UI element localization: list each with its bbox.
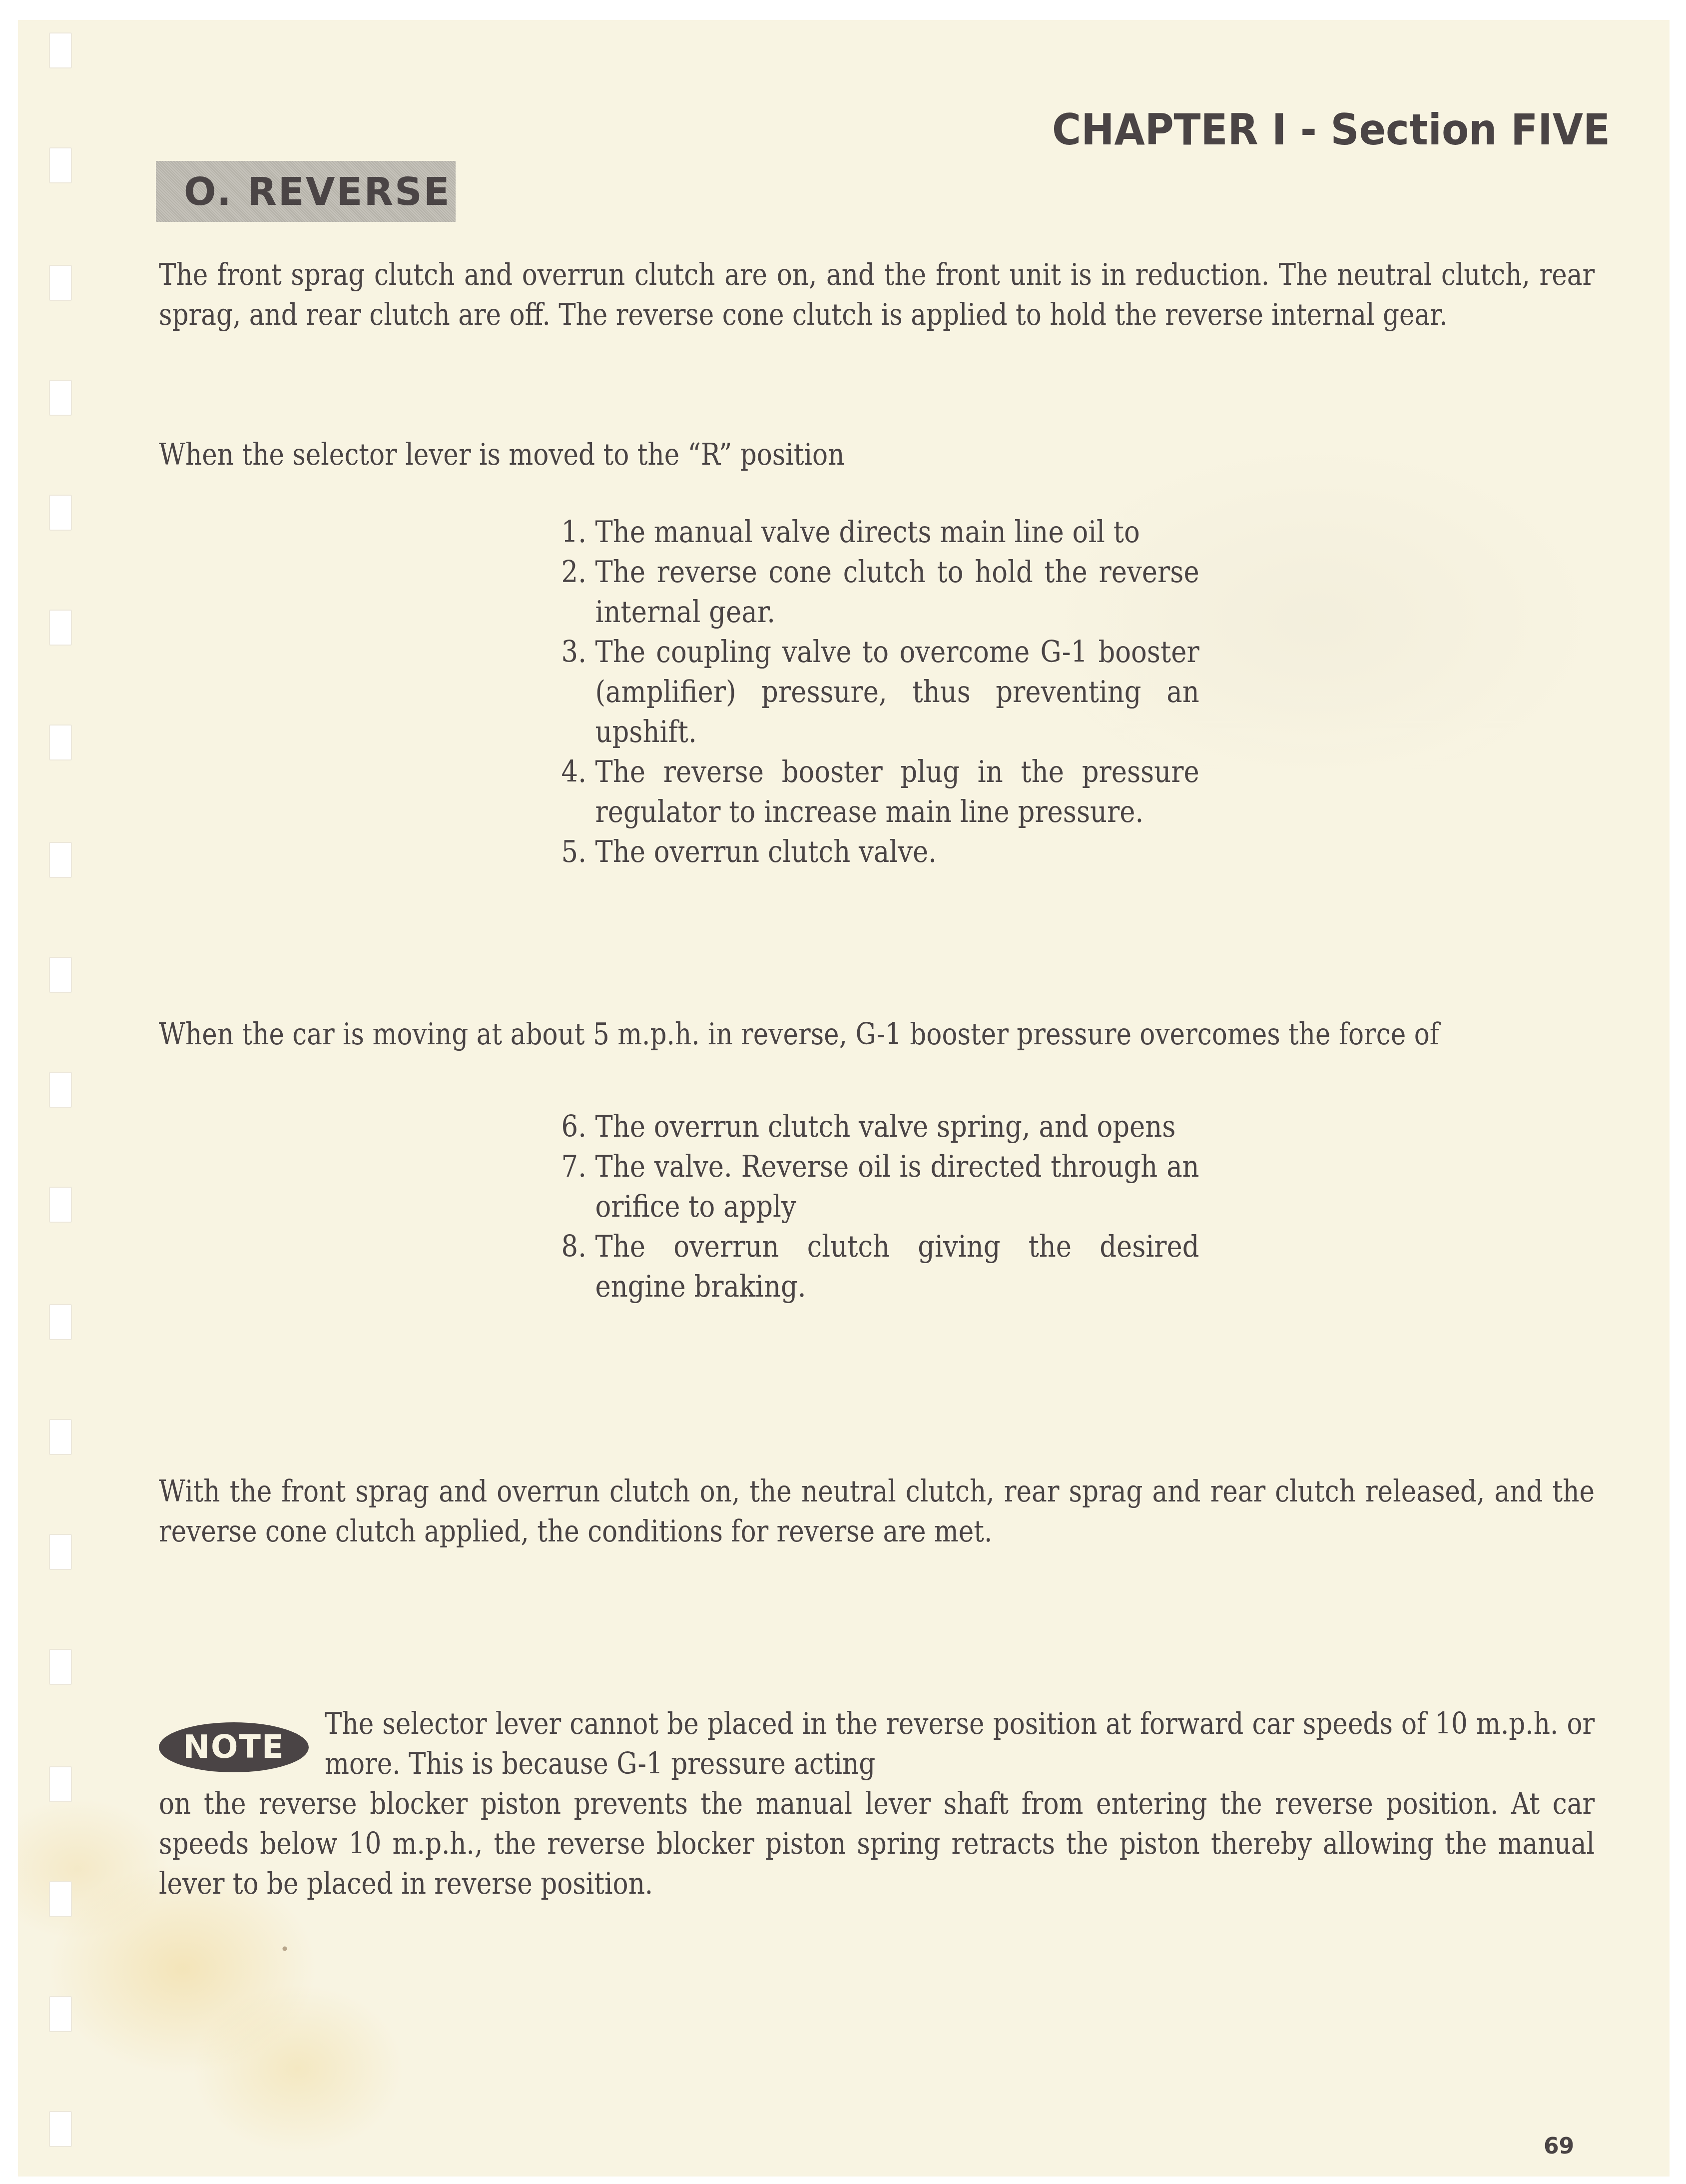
list-item: 4.The reverse booster plug in the pressu… xyxy=(550,752,1199,832)
punch-hole xyxy=(49,1649,72,1685)
list-item: 7.The valve. Reverse oil is directed thr… xyxy=(550,1147,1199,1227)
list-item-number: 2. xyxy=(550,552,595,592)
list-item-text: The reverse cone clutch to hold the reve… xyxy=(595,552,1199,632)
list-item-number: 8. xyxy=(550,1227,595,1267)
punch-hole xyxy=(49,265,72,301)
punch-hole xyxy=(49,2111,72,2147)
list-item: 2.The reverse cone clutch to hold the re… xyxy=(550,552,1199,632)
note-rest-text: on the reverse blocker piston prevents t… xyxy=(159,1784,1595,1904)
summary-paragraph-text: With the front sprag and overrun clutch … xyxy=(159,1471,1595,1551)
chapter-title: CHAPTER I - Section FIVE xyxy=(1052,105,1610,155)
list-item-number: 7. xyxy=(550,1147,595,1187)
list-item: 3.The coupling valve to overcome G-1 boo… xyxy=(550,632,1199,752)
overrun-steps-list-inner: 6.The overrun clutch valve spring, and o… xyxy=(550,1107,1199,1307)
note-first-lines-text: The selector lever cannot be placed in t… xyxy=(325,1704,1595,1784)
note-badge-label: NOTE xyxy=(183,1729,284,1766)
overrun-steps-list: 6.The overrun clutch valve spring, and o… xyxy=(550,1107,1199,1307)
punch-hole xyxy=(49,1304,72,1340)
summary-paragraph: With the front sprag and overrun clutch … xyxy=(159,1471,1394,1551)
punch-hole xyxy=(49,1187,72,1223)
punch-hole xyxy=(49,1072,72,1108)
punch-hole xyxy=(49,147,72,183)
list-item: 6.The overrun clutch valve spring, and o… xyxy=(550,1107,1199,1147)
punch-hole xyxy=(49,1881,72,1917)
page-number: 69 xyxy=(1544,2134,1574,2159)
list-item-number: 3. xyxy=(550,632,595,672)
list-item: 5.The overrun clutch valve. xyxy=(550,832,1199,872)
punch-hole xyxy=(49,32,72,68)
list-item-text: The overrun clutch valve spring, and ope… xyxy=(595,1107,1199,1147)
intro-paragraph-text: The front sprag clutch and overrun clutc… xyxy=(159,255,1595,335)
moving-lead-text: When the car is moving at about 5 m.p.h.… xyxy=(159,1014,1595,1054)
punch-hole xyxy=(49,1766,72,1802)
note-sentence-2-start: This is because G-1 pressure acting xyxy=(409,1746,875,1781)
list-item-text: The manual valve directs main line oil t… xyxy=(595,512,1199,552)
punch-hole xyxy=(49,842,72,878)
section-heading-text: O. REVERSE xyxy=(184,169,451,214)
note-badge-icon: NOTE xyxy=(159,1722,309,1772)
punch-hole xyxy=(49,380,72,416)
list-item-text: The overrun clutch giving the desired en… xyxy=(595,1227,1199,1307)
list-item-number: 6. xyxy=(550,1107,595,1147)
moving-lead-paragraph: When the car is moving at about 5 m.p.h.… xyxy=(159,1014,1394,1054)
selector-steps-list: 1.The manual valve directs main line oil… xyxy=(550,512,1199,872)
punch-hole xyxy=(49,610,72,646)
selector-lead-text: When the selector lever is moved to the … xyxy=(159,435,1595,475)
punch-hole xyxy=(49,725,72,760)
punch-hole xyxy=(49,1419,72,1455)
punch-hole xyxy=(49,957,72,993)
selector-steps-list-inner: 1.The manual valve directs main line oil… xyxy=(550,512,1199,872)
list-item-number: 5. xyxy=(550,832,595,872)
intro-paragraph: The front sprag clutch and overrun clutc… xyxy=(159,255,1394,335)
list-item-number: 4. xyxy=(550,752,595,792)
list-item: 8.The overrun clutch giving the desired … xyxy=(550,1227,1199,1307)
list-item-text: The valve. Reverse oil is directed throu… xyxy=(595,1147,1199,1227)
selector-lead-paragraph: When the selector lever is moved to the … xyxy=(159,435,1394,475)
list-item-text: The overrun clutch valve. xyxy=(595,832,1199,872)
list-item-text: The reverse booster plug in the pressure… xyxy=(595,752,1199,832)
paper-stain xyxy=(275,1939,295,1959)
note-first-lines: The selector lever cannot be placed in t… xyxy=(325,1704,1417,1784)
list-item-number: 1. xyxy=(550,512,595,552)
punch-hole xyxy=(49,1534,72,1570)
list-item: 1.The manual valve directs main line oil… xyxy=(550,512,1199,552)
list-item-text: The coupling valve to overcome G-1 boost… xyxy=(595,632,1199,752)
punch-hole xyxy=(49,495,72,531)
punch-hole xyxy=(49,1996,72,2032)
section-heading: O. REVERSE xyxy=(156,161,456,222)
note-rest: on the reverse blocker piston prevents t… xyxy=(159,1784,1394,1904)
